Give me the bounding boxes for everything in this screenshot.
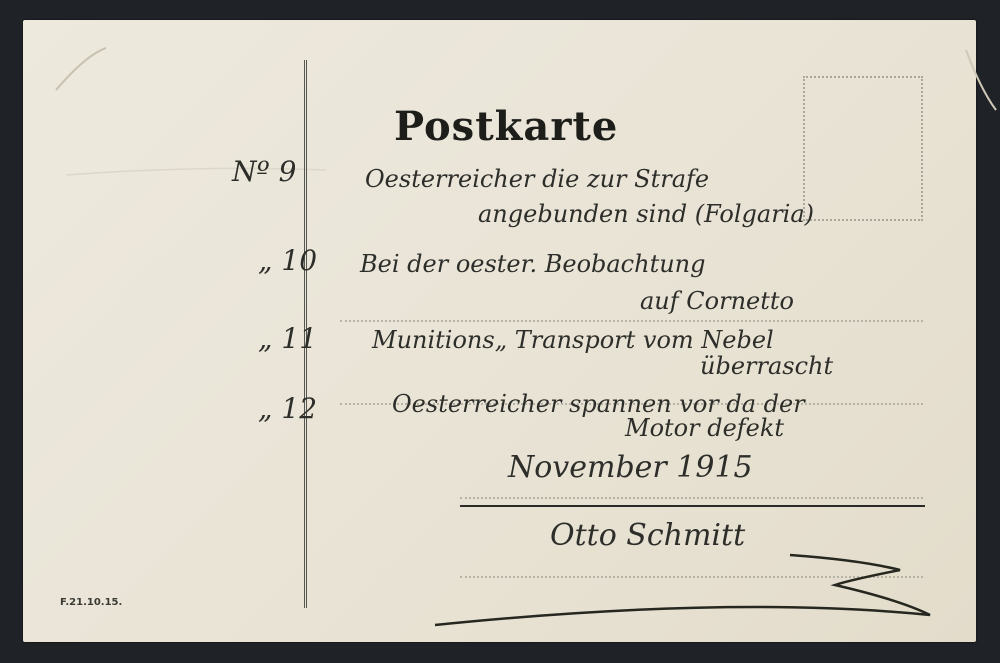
entry-line: Oesterreicher die zur Strafe — [365, 165, 709, 193]
entry-line: Munitions„ Transport vom Nebel — [372, 326, 774, 354]
entry-line: Bei der oester. Beobachtung — [360, 250, 706, 278]
print-code: F.21.10.15. — [60, 597, 122, 608]
entry-line: auf Cornetto — [640, 287, 794, 315]
signature-flourish-icon — [430, 540, 950, 640]
postcard-title: Postkarte — [394, 103, 618, 150]
entry-number: „ 11 — [258, 322, 317, 355]
entry-line: überrascht — [700, 352, 833, 380]
entry-number: „ 12 — [258, 392, 317, 425]
address-underline — [460, 505, 925, 507]
date-handwritten: November 1915 — [508, 450, 753, 485]
entry-number: Nº 9 — [232, 155, 296, 188]
stamp-placeholder-box — [803, 76, 923, 221]
entry-number: „ 10 — [258, 244, 317, 277]
entry-line: angebunden sind (Folgaria) — [478, 200, 814, 228]
address-line-1 — [340, 320, 923, 322]
entry-line: Motor defekt — [625, 414, 784, 442]
address-line-3 — [460, 497, 923, 499]
